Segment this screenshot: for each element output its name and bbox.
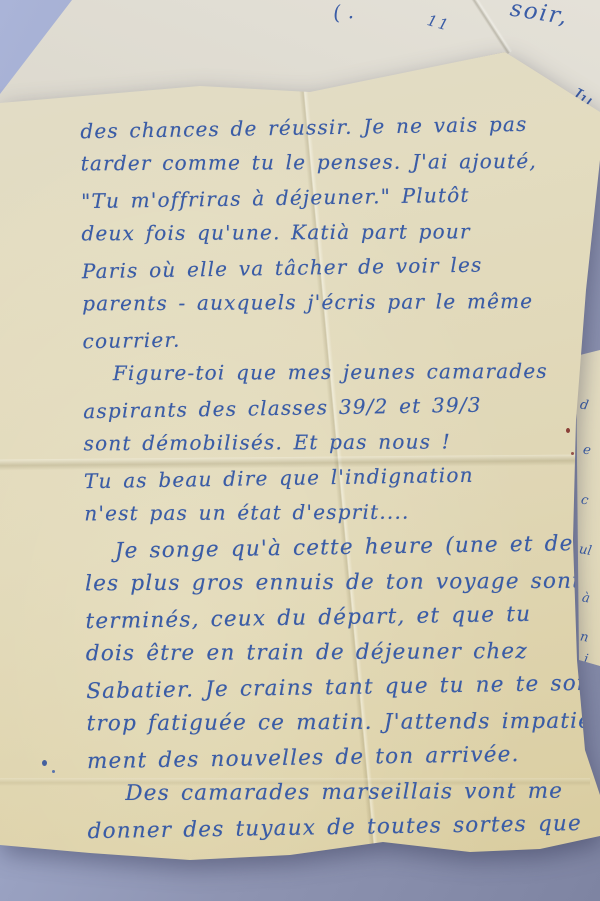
letter-paper: des chances de réussir. Je ne vais pas t… (0, 0, 600, 901)
handwritten-text-block: des chances de réussir. Je ne vais pas t… (80, 107, 593, 847)
letter-line: aspirants des classes 39/2 et 39/3 (83, 386, 589, 429)
letter-line: trop fatiguée ce matin. J'attends impati… (86, 704, 591, 742)
letter-line: des chances de réussir. Je ne vais pas (80, 106, 586, 149)
letter-line: courrier. (82, 316, 588, 359)
letter-line: ment des nouvelles de ton arrivée. (87, 736, 593, 779)
letter-line: dois être en train de déjeuner chez (86, 634, 591, 672)
ink-blot (42, 760, 47, 766)
main-sheet-shadow: des chances de réussir. Je ne vais pas t… (0, 0, 600, 901)
ink-blot (52, 770, 55, 773)
letter-line: sont démobilisés. Et pas nous ! (84, 424, 589, 462)
letter-line: parents - auxquels j'écris par le même (82, 284, 587, 322)
letter-line: Sabatier. Je crains tant que tu ne te so… (86, 666, 592, 709)
letter-line: Figure-toi que mes jeunes camarades (113, 354, 588, 391)
red-speck (566, 428, 570, 433)
letter-line: deux fois qu'une. Katià part pour (81, 214, 586, 252)
letter-line: les plus gros ennuis de ton voyage sont (85, 564, 590, 602)
letter-line: Je songe qu'à cette heure (une et demie) (114, 526, 590, 569)
letter-line: Des camarades marseillais vont me (125, 774, 592, 811)
red-speck (571, 452, 574, 455)
letter-line: "Tu m'offriras à déjeuner." Plutôt (81, 176, 587, 219)
letter-photograph: ( . 11 soir, Ju d e c ul à n i des chanc… (0, 0, 600, 901)
letter-line: donner des tuyaux de toutes sortes que (87, 806, 593, 849)
letter-line: tarder comme tu le penses. J'ai ajouté, (81, 144, 586, 182)
letter-line: n'est pas un état d'esprit.... (84, 494, 589, 532)
letter-line: Tu as beau dire que l'indignation (84, 456, 590, 499)
letter-line: terminés, ceux du départ, et que tu (85, 596, 591, 639)
letter-line: Paris où elle va tâcher de voir les (82, 246, 588, 289)
